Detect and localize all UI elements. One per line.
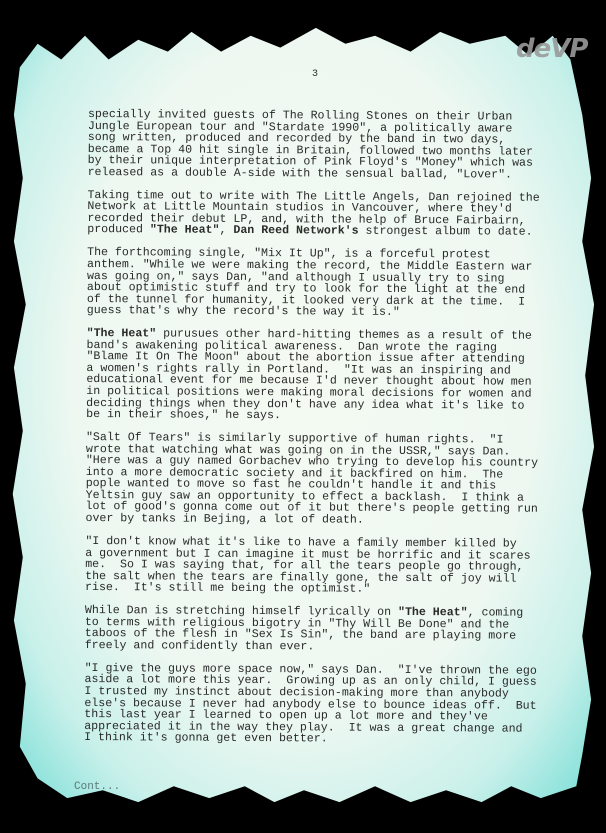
text-run: rise. It's still me being the optimist." <box>85 581 370 596</box>
bold-text: "The Heat" <box>150 224 220 237</box>
text-run: , <box>219 224 233 237</box>
paragraph: specially invited guests of The Rolling … <box>88 109 476 181</box>
bold-text: Dan Reed Network's <box>233 224 358 238</box>
text-run: produced <box>87 223 150 236</box>
paragraph: "I give the guys more space now," says D… <box>84 663 472 746</box>
document-body: specially invited guests of The Rolling … <box>84 109 476 758</box>
paragraph: Taking time out to write with The Little… <box>87 190 475 239</box>
text-line: released as a double A-side with the sen… <box>88 167 476 181</box>
paragraph: The forthcoming single, "Mix It Up", is … <box>87 247 475 319</box>
text-run: freely and confidently than ever. <box>85 639 315 653</box>
continued-label: Cont... <box>74 781 120 793</box>
paragraph: "The Heat" purusues other hard-hitting t… <box>86 328 475 423</box>
text-run: be in their shoes," he says. <box>86 408 281 422</box>
watermark-logo: deVP <box>516 34 587 64</box>
text-run: I think it's gonna get even better. <box>84 731 328 745</box>
page-number: 3 <box>0 69 606 80</box>
text-run: over by tanks in Bejing, a lot of death. <box>85 512 363 527</box>
text-run: strongest album to date. <box>359 225 533 239</box>
paragraph: "I don't know what it's like to have a f… <box>85 536 473 596</box>
paragraph: While Dan is stretching himself lyricall… <box>85 605 473 654</box>
text-line: produced "The Heat", Dan Reed Network's … <box>87 224 475 238</box>
text-run: released as a double A-side with the sen… <box>88 166 512 182</box>
text-run: guess that's why the record's the way it… <box>87 304 400 319</box>
paragraph: "Salt Of Tears" is similarly supportive … <box>85 432 474 527</box>
